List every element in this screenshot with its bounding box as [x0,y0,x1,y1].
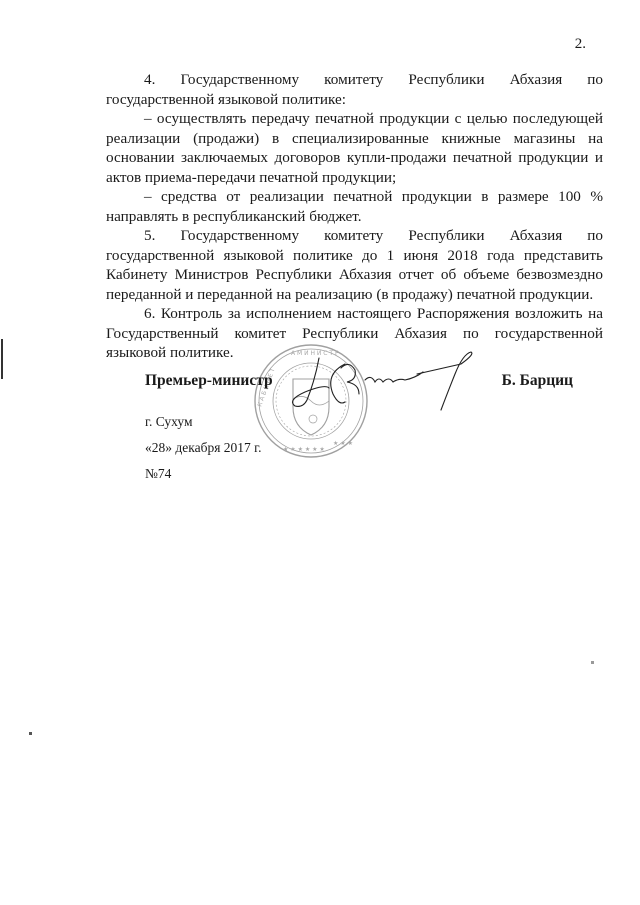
paragraph-5: 5. Государственному комитету Республики … [106,226,603,304]
page-number: 2. [575,36,586,53]
document-number: №74 [145,466,171,482]
svg-text:★ ★ ★: ★ ★ ★ [333,440,353,447]
svg-text:★ ★ ★ ★ ★ ★: ★ ★ ★ ★ ★ ★ [283,446,325,453]
paragraph-4-item-a: – осуществлять передачу печатной продукц… [106,109,603,187]
signatory-name: Б. Барциц [502,372,573,390]
handwritten-signature-icon [285,350,485,420]
document-body: 4. Государственному комитету Республики … [106,70,603,363]
issue-date: «28» декабря 2017 г. [145,440,262,456]
paragraph-4-item-b: – средства от реализации печатной продук… [106,187,603,226]
scan-edge-mark [1,339,3,379]
signatory-title: Премьер-министр [145,372,273,390]
paragraph-4: 4. Государственному комитету Республики … [106,70,603,109]
scan-speck [29,732,32,735]
issue-city: г. Сухум [145,414,193,430]
scan-speck [591,661,594,664]
